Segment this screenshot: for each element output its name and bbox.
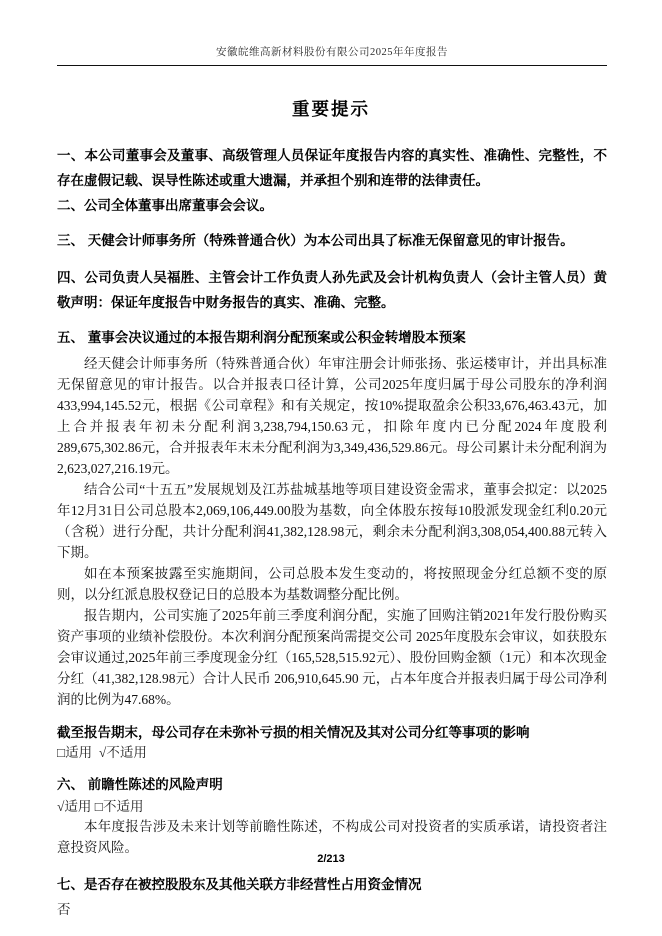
item-5-profit-distribution-heading: 五、 董事会决议通过的本报告期利润分配预案或公积金转增股本预案 — [57, 325, 607, 350]
item-4-responsible-persons-statement: 四、公司负责人吴福胜、主管会计工作负责人孙先武及会计机构负责人（会计主管人员）黄… — [57, 265, 607, 315]
item-7-answer: 否 — [57, 899, 607, 921]
report-page: 安徽皖维高新材料股份有限公司2025年年度报告 重要提示 一、本公司董事会及董事… — [0, 0, 662, 936]
page-number: 2/213 — [0, 853, 662, 865]
item-6-forward-statement-heading: 六、 前瞻性陈述的风险声明 — [57, 772, 607, 797]
item-2-directors-attendance: 二、公司全体董事出席董事会会议。 — [57, 193, 607, 218]
document-body: 一、本公司董事会及董事、高级管理人员保证年度报告内容的真实性、准确性、完整性，不… — [57, 143, 607, 921]
uncovered-loss-applicability-checkline: □适用 √不适用 — [57, 743, 607, 762]
item-1-board-guarantee: 一、本公司董事会及董事、高级管理人员保证年度报告内容的真实性、准确性、完整性，不… — [57, 143, 607, 193]
document-header-title: 安徽皖维高新材料股份有限公司2025年年度报告 — [57, 0, 607, 66]
item-3-audit-report: 三、 天健会计师事务所（特殊普通合伙）为本公司出具了标准无保留意见的审计报告。 — [57, 228, 607, 253]
profit-paragraph-adjustment-rule: 如在本预案披露至实施期间，公司总股本发生变动的，将按照现金分红总额不变的原则，以… — [57, 563, 607, 605]
item-7-fund-occupation-heading: 七、是否存在被控股股东及其他关联方非经营性占用资金情况 — [57, 872, 607, 897]
uncovered-loss-subheading: 截至报告期末，母公司存在未弥补亏损的相关情况及其对公司分红等事项的影响 — [57, 722, 607, 743]
profit-paragraph-dividend-plan: 结合公司“十五五”发展规划及江苏盐城基地等项目建设资金需求，董事会拟定：以202… — [57, 479, 607, 563]
forward-statement-applicability-checkline: √适用 □不适用 — [57, 797, 607, 816]
profit-paragraph-audit-result: 经天健会计师事务所（特殊普通合伙）年审注册会计师张扬、张运楼审计，并出具标准无保… — [57, 353, 607, 479]
page-title: 重要提示 — [0, 96, 662, 121]
forward-statement-paragraph: 本年度报告涉及未来计划等前瞻性陈述，不构成公司对投资者的实质承诺，请投资者注意投… — [57, 816, 607, 858]
profit-paragraph-period-summary: 报告期内，公司实施了2025年前三季度利润分配，实施了回购注销2021年发行股份… — [57, 605, 607, 710]
